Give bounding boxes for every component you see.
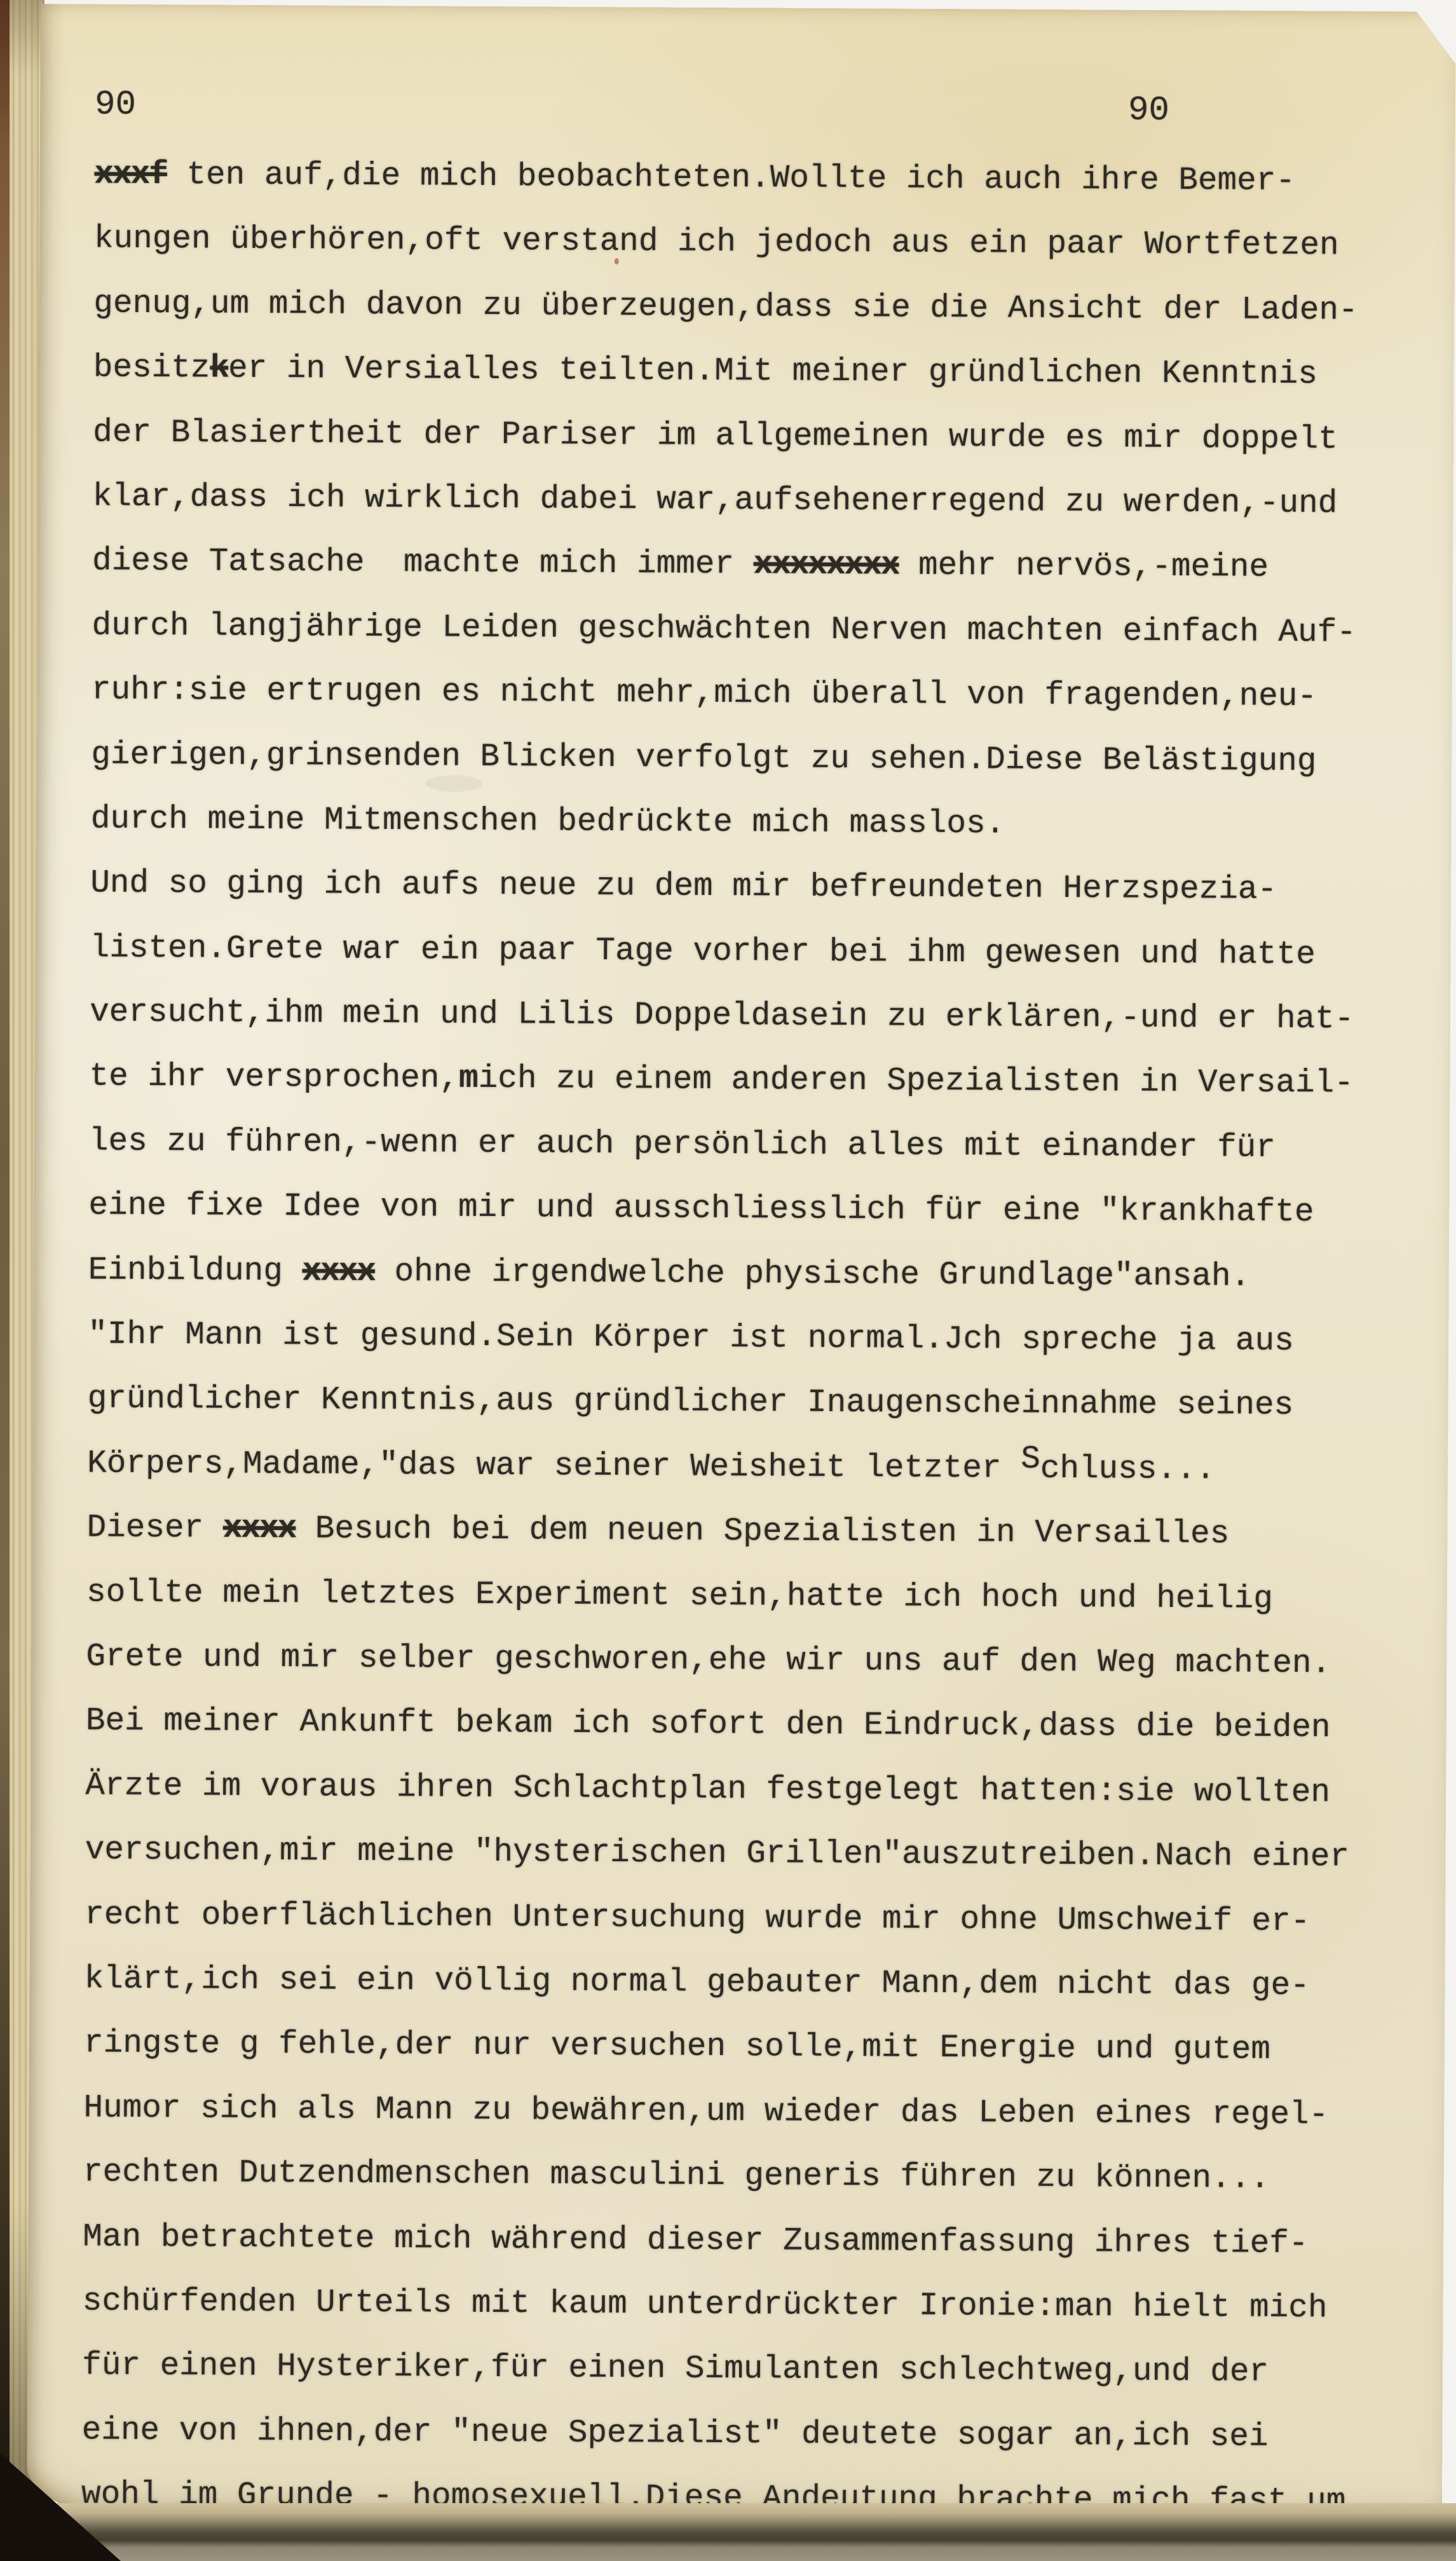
text-segment: m [459,1061,479,1097]
paper-stain [425,775,482,792]
text-line: ringste g fehle,der nur versuchen solle,… [84,2012,1349,2083]
text-segment: eine fixe Idee von mir und ausschliessli… [88,1188,1314,1231]
text-line: Bei meiner Ankunft bekam ich sofort den … [86,1690,1351,1761]
text-segment: ich zu einem anderen Spezialisten in Ver… [479,1061,1354,1102]
text-segment: besitz [93,350,210,387]
text-line: versuchen,mir meine "hysterischen Grille… [85,1819,1349,1890]
text-line: gierigen,grinsenden Blicken verfolgt zu … [91,723,1356,794]
text-segment: versuchen,mir meine "hysterischen Grille… [85,1833,1350,1876]
text-segment: te ihr versprochen, [89,1059,459,1097]
text-line: recht oberflächlichen Untersuchung wurde… [85,1883,1349,1954]
overtyped-correction: xxxxxxxx [754,547,899,584]
overtyped-correction: xxxx [223,1511,296,1548]
page-number-left: 90 [95,85,136,124]
text-segment: diese Tatsache machte mich immer [92,543,754,584]
text-line: rechten Dutzendmenschen masculini generi… [83,2141,1348,2212]
text-line: Humor sich als Mann zu bewähren,um wiede… [83,2076,1348,2147]
text-line: Grete und mir selber geschworen,ehe wir … [86,1625,1351,1696]
paper-page: 90 90 xxxf ten auf,die mich beobachteten… [27,4,1456,2521]
text-segment: Bei meiner Ankunft bekam ich sofort den … [86,1704,1331,1747]
text-segment: Körpers,Madame,"das war seiner Weisheit … [87,1445,1021,1487]
text-line: der Blasiertheit der Pariser im allgemei… [93,400,1357,472]
text-segment: schürfenden Urteils mit kaum unterdrückt… [83,2283,1328,2326]
text-segment: sollte mein letztes Experiment sein,hatt… [86,1574,1273,1617]
text-line: schürfenden Urteils mit kaum unterdrückt… [83,2269,1347,2340]
text-segment: S [1021,1441,1040,1477]
text-line: "Ihr Mann ist gesund.Sein Körper ist nor… [88,1302,1352,1374]
text-line: besitzker in Versialles teilten.Mit mein… [93,336,1358,407]
text-line: sollte mein letztes Experiment sein,hatt… [86,1561,1351,1632]
text-line: Dieser xxxx Besuch bei dem neuen Spezial… [86,1496,1351,1567]
text-line: Ärzte im voraus ihren Schlachtplan festg… [85,1754,1350,1825]
text-line: klärt,ich sei ein völlig normal gebauter… [84,1947,1349,2018]
text-line: klar,dass ich wirklich dabei war,aufsehe… [92,465,1357,536]
text-segment: der Blasiertheit der Pariser im allgemei… [93,414,1338,458]
text-segment: "Ihr Mann ist gesund.Sein Körper ist nor… [88,1316,1294,1360]
text-segment: versucht,ihm mein und Lilis Doppeldasein… [90,995,1354,1038]
overtyped-correction: xxxx [302,1253,375,1290]
text-segment: ringste g fehle,der nur versuchen solle,… [84,2026,1270,2068]
text-segment: eine von ihnen,der "neue Spezialist" deu… [82,2412,1269,2455]
text-segment: mehr nervös,-meine [899,548,1269,586]
text-line: Einbildung xxxx ohne irgendwelche physis… [88,1238,1353,1309]
text-line: kungen überhören,oft verstand ich jedoch… [94,207,1359,278]
text-segment: er in Versialles teilten.Mit meiner grün… [228,351,1317,393]
page-number-right: 90 [1128,92,1169,130]
text-line: eine fixe Idee von mir und ausschliessli… [88,1174,1353,1245]
text-segment: gründlicher Kenntnis,aus gründlicher Ina… [88,1381,1294,1424]
overtyped-correction: xxxf [94,156,167,193]
text-line: Man betrachtete mich während dieser Zusa… [83,2205,1347,2276]
text-segment: genug,um mich davon zu überzeugen,dass s… [93,285,1358,329]
book-spine-edge [0,0,10,2561]
text-segment: Dieser [86,1510,223,1547]
text-line: versucht,ihm mein und Lilis Doppeldasein… [90,981,1354,1052]
text-line: les zu führen,-wenn er auch persönlich a… [89,1109,1354,1180]
text-line: durch langjährige Leiden geschwächten Ne… [92,594,1356,665]
text-segment: ruhr:sie ertrugen es nicht mehr,mich übe… [92,673,1317,716]
text-segment: Man betrachtete mich während dieser Zusa… [83,2219,1308,2262]
text-line: xxxf ten auf,die mich beobachteten.Wollt… [94,142,1359,214]
text-line: durch meine Mitmenschen bedrückte mich m… [91,787,1356,858]
text-segment: durch langjährige Leiden geschwächten Ne… [92,608,1356,651]
text-segment: Einbildung [88,1252,303,1290]
page-bottom-edge [0,2503,1456,2561]
text-segment: chluss... [1040,1451,1216,1489]
text-segment: Grete und mir selber geschworen,ehe wir … [86,1639,1331,1682]
text-line: für einen Hysteriker,für einen Simulante… [82,2334,1347,2405]
text-segment: gierigen,grinsenden Blicken verfolgt zu … [91,737,1316,780]
text-line: gründlicher Kenntnis,aus gründlicher Ina… [87,1367,1352,1438]
text-line: diese Tatsache machte mich immer xxxxxxx… [92,529,1357,601]
text-segment: Und so ging ich aufs neue zu dem mir bef… [90,866,1277,908]
text-line: eine von ihnen,der "neue Spezialist" deu… [81,2398,1346,2469]
text-segment: kungen überhören,oft verstand ich jedoch… [94,221,1339,264]
text-line: Körpers,Madame,"das war seiner Weisheit … [87,1431,1352,1503]
text-line: ruhr:sie ertrugen es nicht mehr,mich übe… [92,659,1356,730]
text-segment: Besuch bei dem neuen Spezialisten in Ver… [296,1511,1229,1552]
text-segment: ten auf,die mich beobachteten.Wollte ich… [167,157,1295,200]
paper-fleck [615,258,619,264]
text-segment: listen.Grete war ein paar Tage vorher be… [90,930,1316,973]
text-segment: ohne irgendwelche physische Grundlage"an… [375,1254,1251,1295]
text-segment: recht oberflächlichen Untersuchung wurde… [85,1897,1310,1940]
text-segment: les zu führen,-wenn er auch persönlich a… [89,1123,1276,1166]
text-segment: durch meine Mitmenschen bedrückte mich m… [91,801,1005,842]
text-segment: klärt,ich sei ein völlig normal gebauter… [84,1961,1309,2004]
text-segment: Ärzte im voraus ihren Schlachtplan festg… [85,1768,1330,1811]
text-line: te ihr versprochen,mich zu einem anderen… [89,1045,1354,1116]
text-segment: für einen Hysteriker,für einen Simulante… [82,2348,1269,2391]
text-segment: rechten Dutzendmenschen masculini generi… [83,2155,1270,2197]
text-segment: Humor sich als Mann zu bewähren,um wiede… [83,2090,1328,2133]
text-line: Und so ging ich aufs neue zu dem mir bef… [90,852,1355,923]
scan-background: { "page": { "left_page_number": "90", "r… [0,0,1456,2561]
typewritten-text: xxxf ten auf,die mich beobachteten.Wollt… [81,142,1359,2534]
overtyped-correction: k [210,351,228,387]
text-line: listen.Grete war ein paar Tage vorher be… [90,916,1354,987]
text-segment: klar,dass ich wirklich dabei war,aufsehe… [93,479,1338,522]
text-line: genug,um mich davon zu überzeugen,dass s… [93,271,1358,343]
